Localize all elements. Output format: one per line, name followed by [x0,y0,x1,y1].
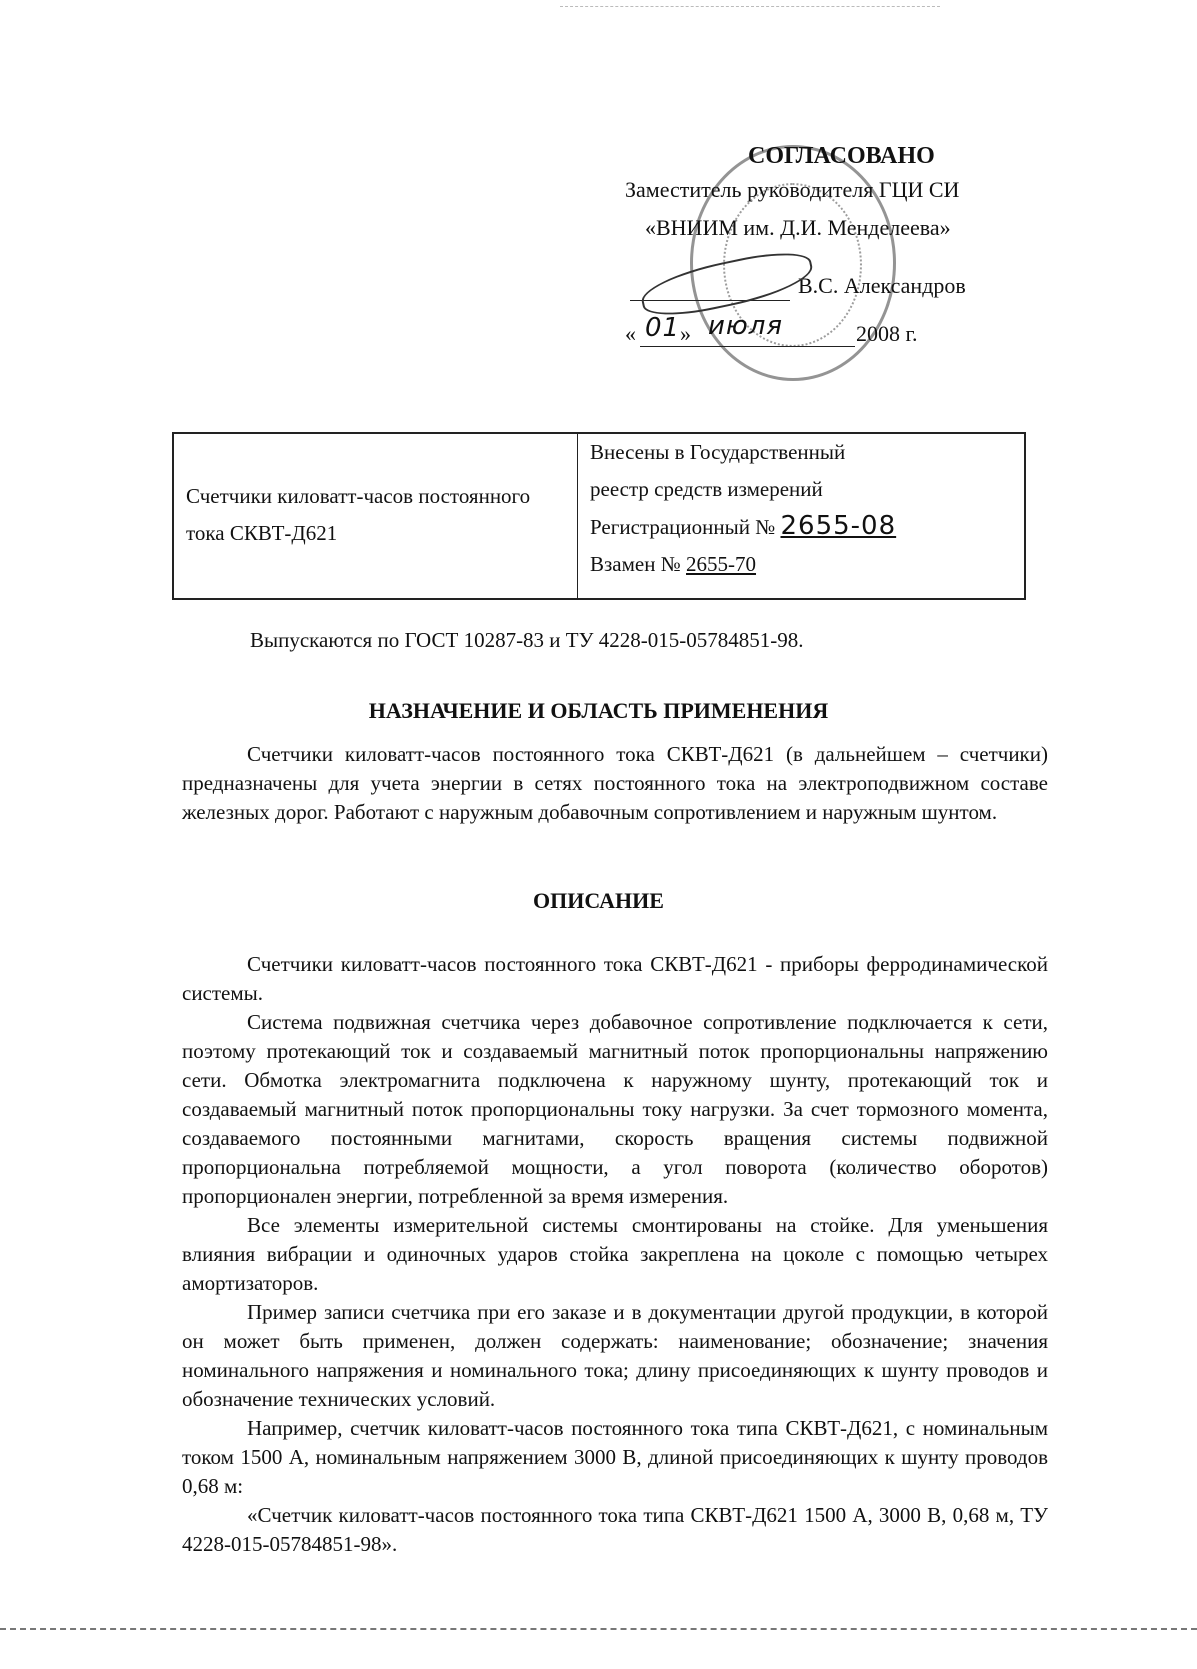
section-description-body: Счетчики киловатт-часов постоянного тока… [182,950,1048,1559]
instrument-name-line1: Счетчики киловатт-часов постоянного [186,478,577,515]
replaces-label: Взамен № [590,552,686,576]
paragraph: Все элементы измерительной системы смонт… [182,1211,1048,1298]
paragraph: «Счетчик киловатт-часов постоянного тока… [182,1501,1048,1559]
registry-table: Счетчики киловатт-часов постоянного тока… [172,432,1026,600]
paragraph: Например, счетчик киловатт-часов постоян… [182,1414,1048,1501]
approval-date-day: 01 [645,312,680,344]
paragraph: Счетчики киловатт-часов постоянного тока… [182,740,1048,827]
scan-artifact-top [560,6,940,8]
approval-date-year: 2008 г. [856,318,918,350]
registry-table-left-cell: Счетчики киловатт-часов постоянного тока… [174,434,578,598]
replaces-row: Взамен № 2655-70 [590,546,1024,583]
registration-label: Регистрационный № [590,515,781,539]
registry-table-right-cell: Внесены в Государственный реестр средств… [578,434,1024,598]
registration-number: 2655-08 [781,511,897,541]
paragraph: Пример записи счетчика при его заказе и … [182,1298,1048,1414]
section-heading-purpose: НАЗНАЧЕНИЕ И ОБЛАСТЬ ПРИМЕНЕНИЯ [0,698,1197,724]
replaces-number: 2655-70 [686,552,756,576]
paragraph: Счетчики киловатт-часов постоянного тока… [182,950,1048,1008]
approval-title: СОГЛАСОВАНО [748,140,935,172]
approval-date-open: « [625,318,636,350]
released-by-standard: Выпускаются по ГОСТ 10287-83 и ТУ 4228-0… [250,628,803,653]
approval-signatory: В.С. Александров [798,270,966,302]
scan-artifact-bottom [0,1628,1197,1631]
registry-line2: реестр средств измерений [590,471,1024,508]
instrument-name-line2: тока СКВТ-Д621 [186,515,577,552]
approval-position: Заместитель руководителя ГЦИ СИ [625,174,959,206]
date-line [640,346,855,347]
section-purpose-body: Счетчики киловатт-часов постоянного тока… [182,740,1048,827]
section-heading-description: ОПИСАНИЕ [0,888,1197,914]
registry-line1: Внесены в Государственный [590,434,1024,471]
registration-number-row: Регистрационный № 2655-08 [590,508,1024,546]
approval-date-month: июля [708,310,783,342]
paragraph: Система подвижная счетчика через добавоч… [182,1008,1048,1211]
approval-organization: «ВНИИМ им. Д.И. Менделеева» [645,212,951,244]
